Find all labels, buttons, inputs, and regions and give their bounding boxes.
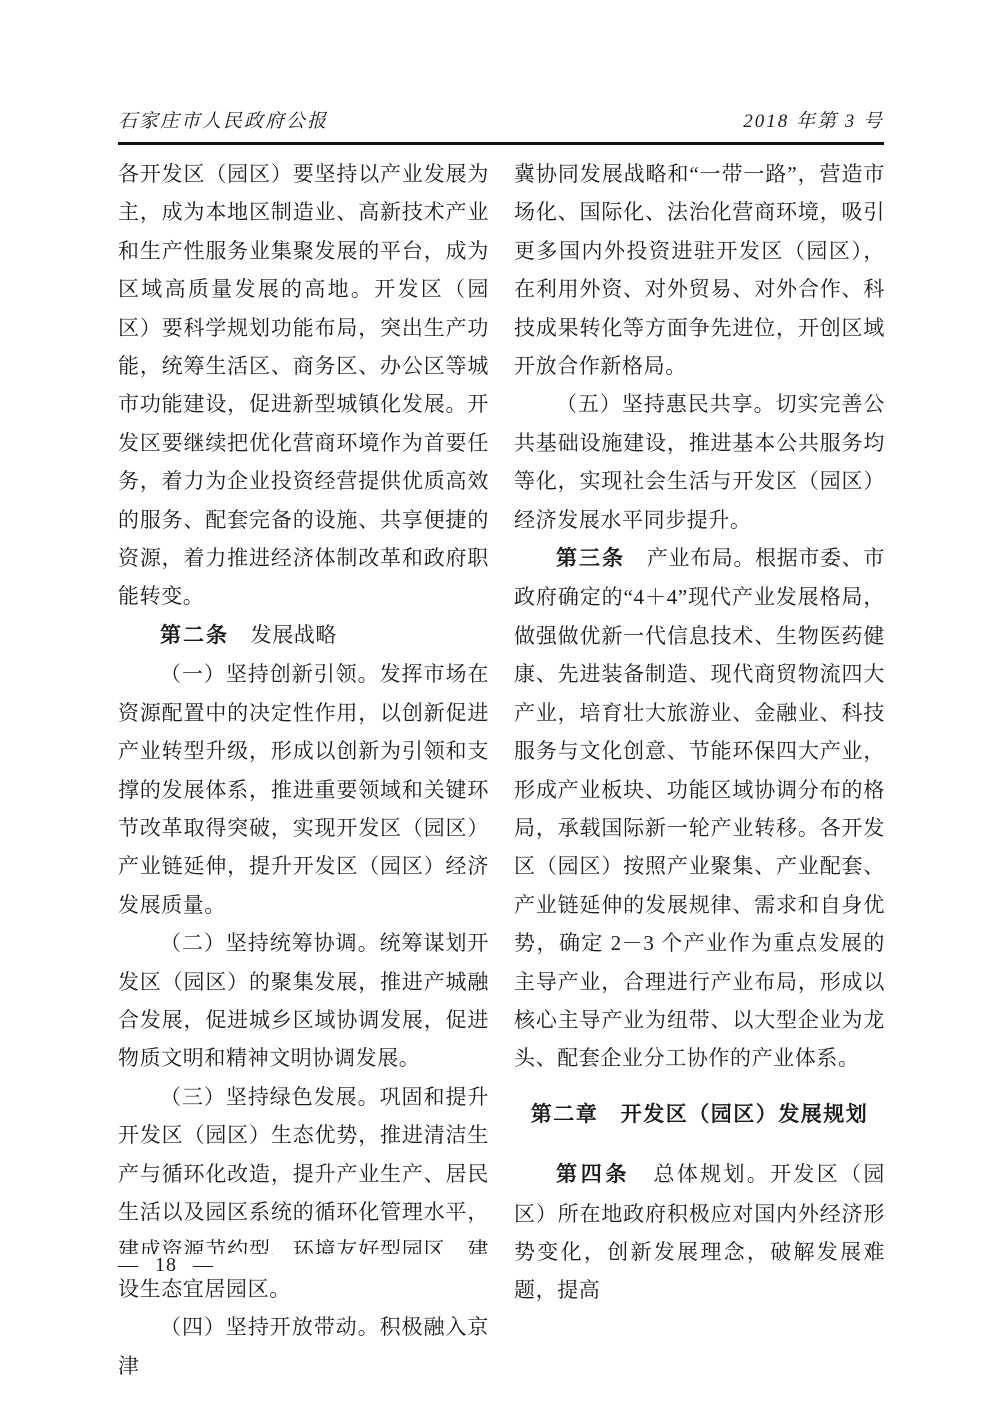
article-2-label: 第二条 — [160, 624, 229, 647]
article-2-title: 发展战略 — [229, 623, 337, 647]
paragraph-continuation: 各开发区（园区）要坚持以产业发展为主，成为本地区制造业、高新技术产业和生产性服务… — [118, 155, 489, 616]
header-rule — [118, 142, 884, 145]
journal-title: 石家庄市人民政府公报 — [118, 106, 328, 133]
article-3-body: 产业布局。根据市委、市政府确定的“4＋4”现代产业发展格局，做强做优新一代信息技… — [514, 546, 885, 1070]
clause-item-2: （二）坚持统筹协调。统筹谋划开发区（园区）的聚集发展，推进产城融合发展，促进城乡… — [118, 924, 489, 1078]
left-column: 各开发区（园区）要坚持以产业发展为主，成为本地区制造业、高新技术产业和生产性服务… — [118, 155, 489, 1385]
running-head: 石家庄市人民政府公报 2018 年第 3 号 — [118, 106, 884, 133]
text-columns: 各开发区（园区）要坚持以产业发展为主，成为本地区制造业、高新技术产业和生产性服务… — [118, 155, 885, 1385]
clause-item-4: （四）坚持开放带动。积极融入京津 — [118, 1308, 489, 1385]
page-number: — 18 — — [118, 1254, 489, 1277]
clause-item-5: （五）坚持惠民共享。切实完善公共基础设施建设，推进基本公共服务均等化，实现社会生… — [514, 385, 885, 539]
article-3-paragraph: 第三条 产业布局。根据市委、市政府确定的“4＋4”现代产业发展格局，做强做优新一… — [514, 539, 885, 1078]
issue-label: 2018 年第 3 号 — [743, 106, 884, 133]
article-2-heading: 第二条 发展战略 — [118, 616, 489, 655]
clause-item-1: （一）坚持创新引领。发挥市场在资源配置中的决定性作用，以创新促进产业转型升级，形… — [118, 655, 489, 924]
gazette-page: 石家庄市人民政府公报 2018 年第 3 号 各开发区（园区）要坚持以产业发展为… — [0, 0, 1000, 1414]
article-4-paragraph: 第四条 总体规划。开发区（园区）所在地政府积极应对国内外经济形势变化，创新发展理… — [514, 1155, 885, 1310]
page-number-text: — 18 — — [118, 1254, 214, 1276]
paragraph-continuation-right: 冀协同发展战略和“一带一路”，营造市场化、国际化、法治化营商环境，吸引更多国内外… — [514, 155, 885, 385]
article-4-label: 第四条 — [556, 1163, 630, 1186]
chapter-2-heading: 第二章 开发区（园区）发展规划 — [514, 1096, 885, 1134]
right-column: 冀协同发展战略和“一带一路”，营造市场化、国际化、法治化营商环境，吸引更多国内外… — [514, 155, 885, 1385]
article-3-label: 第三条 — [556, 547, 625, 570]
